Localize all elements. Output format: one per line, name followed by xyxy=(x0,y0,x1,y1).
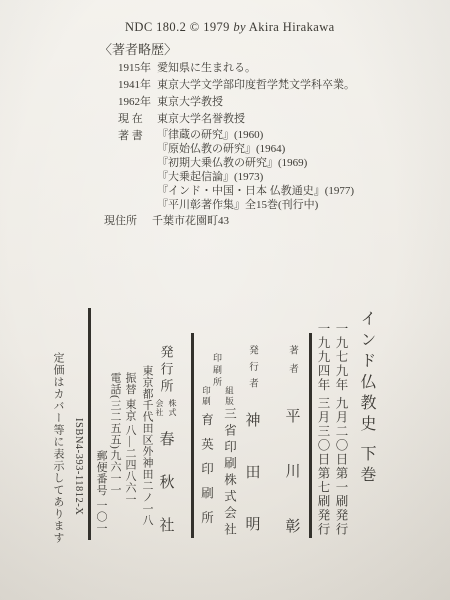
work-title: 『大乗起信論』(1973) xyxy=(157,170,354,184)
work-title: 『平川彰著作集』全15巻(刊行中) xyxy=(157,198,354,212)
by-word: by xyxy=(233,20,246,34)
publishing-house-label: 発行所 xyxy=(157,345,176,396)
bio-year: 1915年 xyxy=(118,60,157,77)
divider-rule-left xyxy=(88,308,91,540)
works-label: 著 書 xyxy=(118,128,157,212)
copyright-notice: © 1979 xyxy=(190,20,230,34)
work-title: 『律蔵の研究』(1960) xyxy=(157,128,354,142)
corp-right: 株式 xyxy=(167,399,178,417)
seventh-printing-column: 一九九四年 三月三〇日第七刷発行 xyxy=(317,300,332,545)
colophon: インド仏教史 下巻 一九七九年 九月二〇日第一刷発行 一九九四年 三月三〇日第七… xyxy=(50,300,378,545)
bio-text: 東京大学教授 xyxy=(157,94,223,111)
bio-text: 東京大学文学部印度哲学梵文学科卒業。 xyxy=(157,77,355,94)
publisher-person-column: 発行者 神田明 xyxy=(243,300,261,545)
printing-label: 印刷 xyxy=(201,386,213,407)
author-column: 著者 平川彰 xyxy=(283,300,301,545)
current-address: 千葉市花園町43 xyxy=(152,214,229,228)
bio-year: 1941年 xyxy=(118,77,157,94)
street-address: 東京都千代田区外神田二ノ一八 xyxy=(141,365,155,526)
bio-text: 東京大学名誉教授 xyxy=(157,111,245,128)
publisher-person-name: 神田明 xyxy=(242,412,263,568)
publishing-house-column: 発行所 株式 会社 春秋社 xyxy=(155,300,177,545)
bio-year: 現 在 xyxy=(118,111,157,128)
printing-column: 印刷 育英印刷所 xyxy=(198,300,215,545)
bio-row-birth: 1915年 愛知県に生まれる。 xyxy=(118,60,438,77)
works-list: 『律蔵の研究』(1960) 『原始仏教の研究』(1964) 『初期大乗仏教の研究… xyxy=(157,128,354,212)
telephone: 電話(三二五五)九六一一 xyxy=(109,372,123,495)
divider-rule-middle xyxy=(191,333,194,538)
ndc-number: NDC 180.2 xyxy=(125,20,186,34)
current-address-label: 現住所 xyxy=(104,214,152,228)
book-title-column: インド仏教史 下巻 xyxy=(356,300,378,545)
isbn: ISBN4-393-11812-X xyxy=(70,418,84,515)
current-address-row: 現住所 千葉市花園町43 xyxy=(104,214,438,228)
isbn-column: ISBN4-393-11812-X xyxy=(70,300,84,545)
corp-left: 会社 xyxy=(154,399,165,417)
publisher-person-label: 発行者 xyxy=(245,345,259,395)
first-printing-date: 一九七九年 九月二〇日第一刷発行 xyxy=(335,322,350,537)
first-printing-column: 一九七九年 九月二〇日第一刷発行 xyxy=(335,300,350,545)
typesetting-company: 三省印刷株式会社 xyxy=(221,407,239,539)
author-name: 平川彰 xyxy=(282,408,303,573)
seventh-printing-date: 一九九四年 三月三〇日第七刷発行 xyxy=(317,322,332,537)
bio-row-current: 現 在 東京大学名誉教授 xyxy=(118,111,438,128)
typesetting-label: 組版 xyxy=(224,386,236,407)
works-block: 著 書 『律蔵の研究』(1960) 『原始仏教の研究』(1964) 『初期大乗仏… xyxy=(118,128,438,212)
bio-year: 1962年 xyxy=(118,94,157,111)
printer-group: 印刷所 組版 三省印刷株式会社 印刷 育英印刷所 xyxy=(198,300,238,545)
author-bio: 1915年 愛知県に生まれる。 1941年 東京大学文学部印度哲学梵文学科卒業。… xyxy=(118,60,438,228)
author-romanized: Akira Hirakawa xyxy=(249,20,335,34)
divider-rule-right xyxy=(309,333,312,538)
bio-text: 愛知県に生まれる。 xyxy=(157,60,256,77)
street-address-column: 東京都千代田区外神田二ノ一八 xyxy=(141,300,155,545)
kabushiki-gaisha-label: 株式 会社 xyxy=(154,399,178,417)
author-bio-heading: 〈著者略歴〉 xyxy=(99,39,177,58)
postal-transfer-column: 振替 東京 八―二四八六一 xyxy=(124,300,138,545)
price-note-column: 定価はカバー等に表示してあります xyxy=(50,300,66,545)
printing-company: 育英印刷所 xyxy=(198,413,216,536)
bio-row-graduation: 1941年 東京大学文学部印度哲学梵文学科卒業。 xyxy=(118,77,438,94)
postal-transfer: 振替 東京 八―二四八六一 xyxy=(124,372,138,505)
typesetting-column: 組版 三省印刷株式会社 xyxy=(221,300,238,545)
work-title: 『原始仏教の研究』(1964) xyxy=(157,142,354,156)
work-title: 『インド・中国・日本 仏教通史』(1977) xyxy=(157,184,354,198)
ndc-copyright-line: NDC 180.2 © 1979 by Akira Hirakawa xyxy=(125,20,335,35)
author-label: 著者 xyxy=(285,345,299,382)
book-title: インド仏教史 下巻 xyxy=(356,310,378,487)
bio-row-professor: 1962年 東京大学教授 xyxy=(118,94,438,111)
telephone-column: 電話(三二五五)九六一一 xyxy=(109,300,123,545)
price-note: 定価はカバー等に表示してあります xyxy=(50,352,66,544)
postal-code: 郵便番号 一〇一 xyxy=(96,450,109,534)
publishing-house-name: 春秋社 xyxy=(156,431,177,560)
work-title: 『初期大乗仏教の研究』(1969) xyxy=(157,156,354,170)
printer-label: 印刷所 xyxy=(211,353,224,389)
